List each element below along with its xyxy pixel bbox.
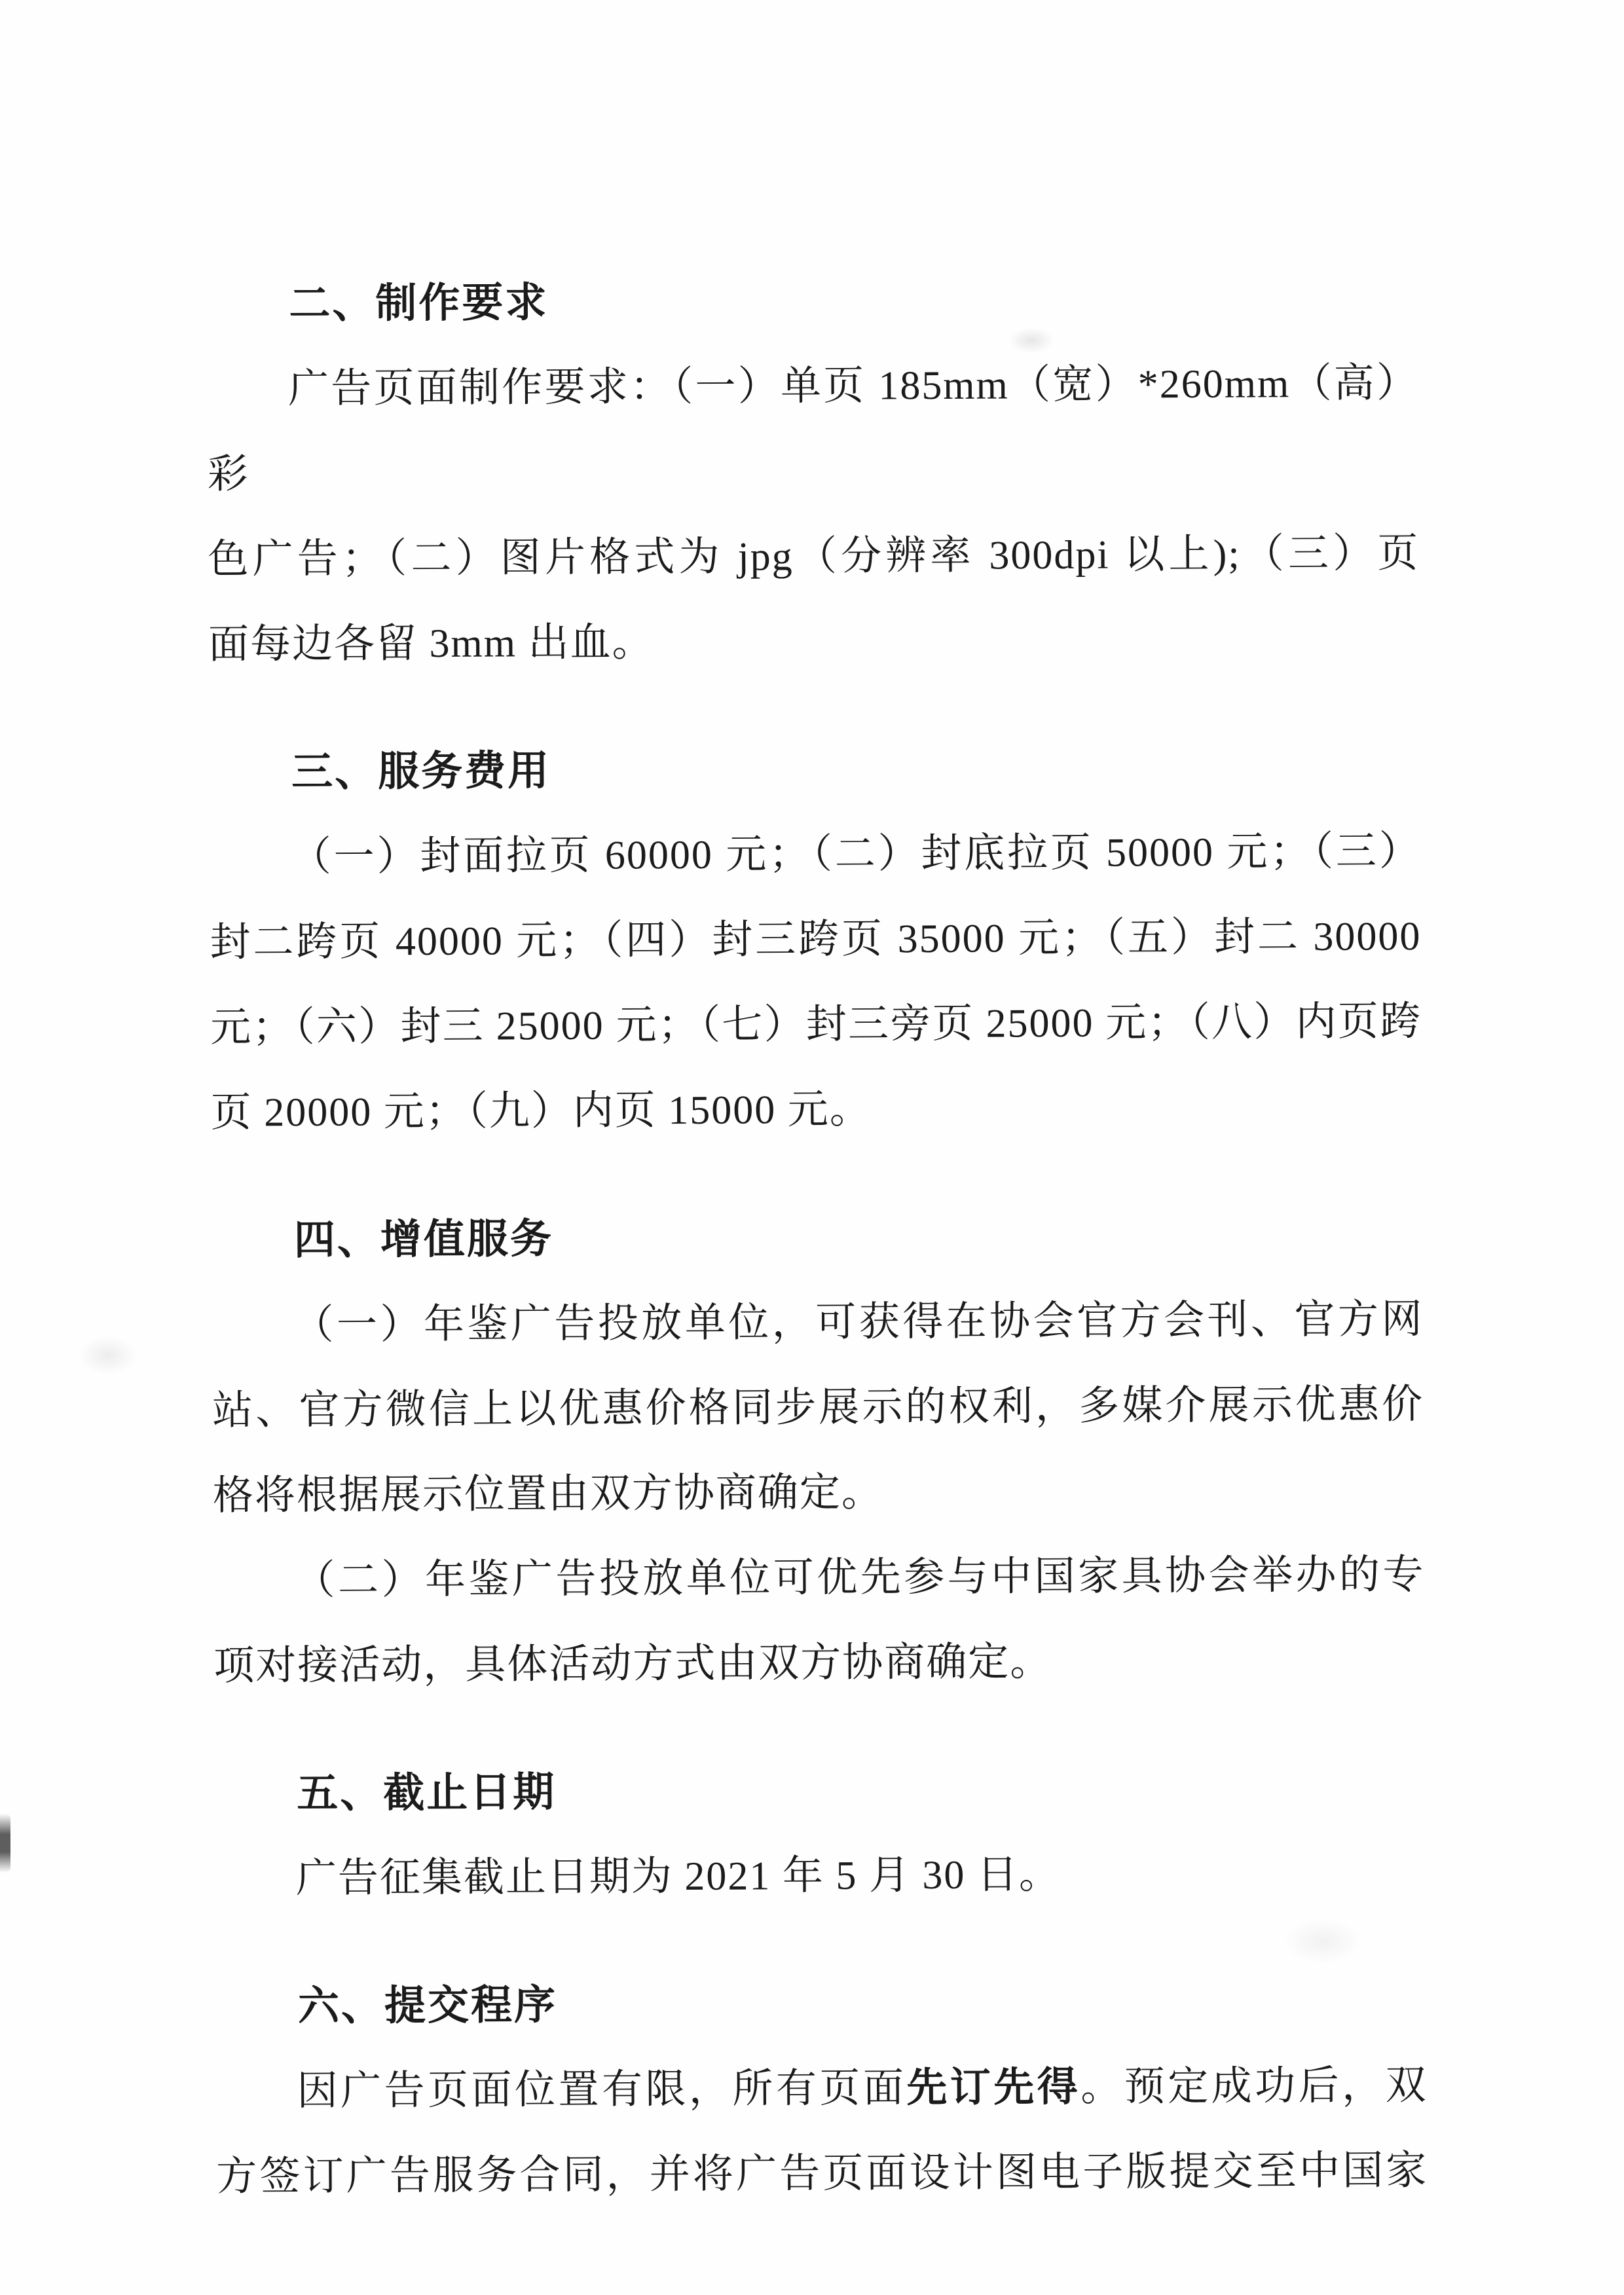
text-line: 页 20000 元；（九）内页 15000 元。 (210, 1064, 1422, 1156)
text-run-bold: 先订先得 (906, 2065, 1080, 2110)
text-line: 广告页面制作要求：（一）单页 185mm（宽）*260mm（高）彩 (207, 340, 1419, 517)
text-line: 面每边各留 3mm 出血。 (208, 596, 1420, 688)
section-service-fees: 三、服务费用 （一）封面拉页 60000 元；（二）封底拉页 50000 元；（… (209, 724, 1422, 1156)
text-line: （二）年鉴广告投放单位可优先参与中国家具协会举办的专 (213, 1532, 1425, 1624)
text-line: （一）封面拉页 60000 元；（二）封底拉页 50000 元；（三） (209, 809, 1421, 900)
text-line: 项对接活动，具体活动方式由双方协商确定。 (213, 1617, 1426, 1709)
document-page: 二、制作要求 广告页面制作要求：（一）单页 185mm（宽）*260mm（高）彩… (0, 0, 1624, 2295)
section-heading: 五、截止日期 (214, 1745, 1426, 1837)
text-line: （一）年鉴广告投放单位，可获得在协会官方会刊、官方网 (212, 1277, 1424, 1368)
text-line: 元；（六）封三 25000 元；（七）封三旁页 25000 元；（八）内页跨 (210, 979, 1422, 1071)
text-line: 因广告页面位置有限，所有页面先订先得。预定成功后，双 (215, 2043, 1428, 2135)
text-line: 色广告；（二）图片格式为 jpg（分辨率 300dpi 以上);（三）页 (208, 511, 1420, 602)
scan-artifact (0, 1814, 10, 1873)
text-line: 方签订广告服务合同，并将广告页面设计图电子版提交至中国家 (216, 2128, 1428, 2220)
text-line: 广告征集截止日期为 2021 年 5 月 30 日。 (215, 1830, 1427, 1922)
section-heading: 六、提交程序 (215, 1958, 1428, 2049)
text-line: 封二跨页 40000 元；（四）封三跨页 35000 元；（五）封二 30000 (210, 894, 1422, 985)
document-body: 二、制作要求 广告页面制作要求：（一）单页 185mm（宽）*260mm（高）彩… (206, 255, 1428, 2220)
section-value-added-services: 四、增值服务 （一）年鉴广告投放单位，可获得在协会官方会刊、官方网 站、官方微信… (212, 1192, 1426, 1709)
scan-artifact (79, 1336, 138, 1375)
section-production-requirements: 二、制作要求 广告页面制作要求：（一）单页 185mm（宽）*260mm（高）彩… (206, 255, 1420, 688)
text-line: 格将根据展示位置由双方协商确定。 (213, 1447, 1425, 1539)
text-run: 因广告页面位置有限，所有页面 (297, 2066, 906, 2114)
text-run: 。预定成功后，双 (1080, 2063, 1428, 2110)
section-deadline: 五、截止日期 广告征集截止日期为 2021 年 5 月 30 日。 (214, 1745, 1426, 1922)
section-heading: 三、服务费用 (209, 724, 1421, 815)
section-heading: 二、制作要求 (206, 255, 1418, 347)
text-line: 站、官方微信上以优惠价格同步展示的权利，多媒介展示优惠价 (212, 1362, 1424, 1454)
section-heading: 四、增值服务 (212, 1192, 1424, 1283)
section-submission-procedure: 六、提交程序 因广告页面位置有限，所有页面先订先得。预定成功后，双 方签订广告服… (215, 1958, 1428, 2220)
